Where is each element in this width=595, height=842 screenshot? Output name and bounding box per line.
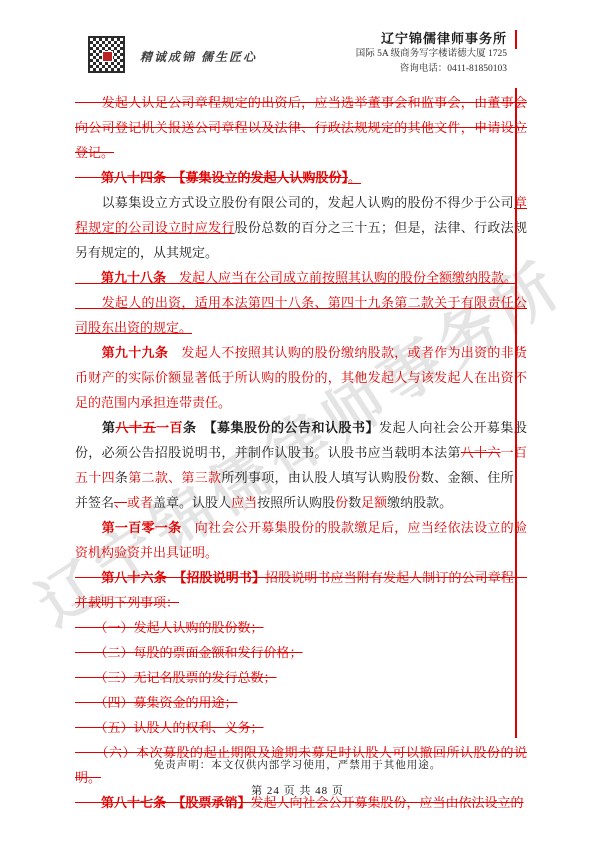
text-run: 发起人应当在公司成立前按照其认购的股份全额缴纳股款。 bbox=[179, 270, 517, 285]
text-run: 第九十九条 bbox=[102, 345, 182, 360]
text-run: 发起人认足公司章程规定的出资后，应当选举董事会和监事会，由董事会向公司登记机关报… bbox=[75, 95, 527, 160]
text-run: 所列事项，由认股人填写认购股 bbox=[221, 470, 407, 485]
document-body: 发起人认足公司章程规定的出资后，应当选举董事会和监事会，由董事会向公司登记机关报… bbox=[75, 90, 527, 815]
text-run: 或者 bbox=[127, 495, 153, 510]
track-changes-bar bbox=[515, 88, 517, 738]
text-run: 八十六 bbox=[461, 445, 501, 460]
text-run bbox=[197, 420, 211, 435]
paragraph: 第九十八条 发起人应当在公司成立前按照其认购的股份全额缴纳股款。 bbox=[75, 265, 527, 290]
paragraph: （四）募集资金的用途； bbox=[75, 690, 527, 715]
qr-center-logo bbox=[102, 51, 113, 62]
text-run: 份 bbox=[408, 470, 421, 485]
text-run: 按照所认购股 bbox=[257, 495, 335, 510]
text-run: 第八十七条 【股票承销】 bbox=[101, 795, 251, 810]
text-run: 【募集股份的公告和认股书】 bbox=[210, 420, 379, 435]
text-run: 条 bbox=[115, 470, 128, 485]
paragraph: （五）认股人的权利、义务； bbox=[75, 715, 527, 740]
paragraph: 第八十五一百条 【募集股份的公告和认股书】发起人向社会公开募集股份，必须公告招股… bbox=[75, 415, 527, 515]
text-run: （五）认股人的权利、义务； bbox=[75, 720, 264, 735]
paragraph: 发起人的出资，适用本法第四十八条、第四十九条第二款关于有限责任公司股东出资的规定… bbox=[75, 290, 527, 340]
paragraph: 第八十六条 【招股说明书】招股说明书应当附有发起人制订的公司章程，并载明下列事项… bbox=[75, 565, 527, 615]
paragraph: 以募集设立方式设立股份有限公司的，发起人认购的股份不得少于公司章程规定的公司设立… bbox=[75, 190, 527, 265]
document-page: 辽宁锦儒律师事务所 精诚成锦 儒生匠心 辽宁锦儒律师事务所 国际 5A 级商务写… bbox=[0, 0, 595, 842]
text-run: （四）募集资金的用途； bbox=[75, 695, 238, 710]
text-run: （一）发起人认购的股份数； bbox=[75, 620, 264, 635]
text-run: （二）每股的票面金额和发行价格； bbox=[75, 645, 303, 660]
firm-info-block: 辽宁锦儒律师事务所 国际 5A 级商务写字楼诺德大厦 1725 咨询电话：041… bbox=[356, 30, 507, 77]
text-run bbox=[75, 570, 101, 585]
text-run: 第二款、第三款 bbox=[128, 470, 221, 485]
text-run: 发起人的出资，适用本法第四十八条、第四十九条第二款关于有限责任公司股东出资的规定… bbox=[75, 295, 527, 335]
text-run bbox=[75, 345, 102, 360]
paragraph: （二）每股的票面金额和发行价格； bbox=[75, 640, 527, 665]
text-run: 第八十四条 【募集设立的发起人认购股份】 bbox=[101, 170, 348, 185]
paragraph: 第一百零一条 向社会公开募集股份的股款缴足后，应当经依法设立的验资机构验资并出具… bbox=[75, 515, 527, 565]
text-run bbox=[75, 520, 102, 535]
text-run: 、 bbox=[114, 495, 127, 510]
text-run: （三）无记名股票的发行总数； bbox=[75, 670, 277, 685]
firm-address: 国际 5A 级商务写字楼诺德大厦 1725 bbox=[356, 47, 507, 62]
qr-code bbox=[88, 36, 125, 73]
firm-slogan: 精诚成锦 儒生匠心 bbox=[140, 48, 257, 65]
text-run: 第一百零一条 bbox=[102, 520, 195, 535]
paragraph: 发起人认足公司章程规定的出资后，应当选举董事会和监事会，由董事会向公司登记机关报… bbox=[75, 90, 527, 165]
paragraph: （一）发起人认购的股份数； bbox=[75, 615, 527, 640]
text-run bbox=[75, 795, 101, 810]
text-run: 以募集设立方式设立股份有限公司的，发起人认购的股份不得少于公司 bbox=[75, 195, 514, 210]
paragraph: 第八十七条 【股票承销】发起人向社会公开募集股份，应当由依法设立的 bbox=[75, 790, 527, 815]
text-run: 第八十六条 【招股说明书】 bbox=[101, 570, 265, 585]
firm-name: 辽宁锦儒律师事务所 bbox=[356, 30, 507, 47]
paragraph: 第八十四条 【募集设立的发起人认购股份】。 bbox=[75, 165, 527, 190]
page-header: 精诚成锦 儒生匠心 辽宁锦儒律师事务所 国际 5A 级商务写字楼诺德大厦 172… bbox=[0, 0, 595, 90]
text-run: 。 bbox=[348, 170, 361, 185]
text-run bbox=[75, 170, 101, 185]
text-run: 份 bbox=[335, 495, 348, 510]
text-run: 八十五 bbox=[116, 420, 157, 435]
text-run bbox=[75, 270, 101, 285]
text-run: 条 bbox=[183, 420, 197, 435]
text-run: 第九十八条 bbox=[101, 270, 179, 285]
text-run: 一百 bbox=[156, 420, 183, 435]
text-run: 盖章。认股人 bbox=[153, 495, 231, 510]
text-run: 第 bbox=[102, 420, 116, 435]
text-run: 应当 bbox=[231, 495, 257, 510]
header-red-tick bbox=[515, 30, 517, 49]
paragraph: （六）本次募股的起止期限及逾期未募足时认股人可以撤回所认股份的说明。 bbox=[75, 740, 527, 790]
text-run: 数 bbox=[348, 495, 361, 510]
text-run: 足额 bbox=[361, 495, 387, 510]
text-run bbox=[75, 420, 102, 435]
paragraph: 第九十九条 发起人不按照其认购的股份缴纳股款，或者作为出资的非货币财产的实际价额… bbox=[75, 340, 527, 415]
firm-phone: 咨询电话：0411-81850103 bbox=[356, 62, 507, 77]
paragraph: （三）无记名股票的发行总数； bbox=[75, 665, 527, 690]
text-run: 缴纳股款。 bbox=[387, 495, 452, 510]
text-run: （六）本次募股的起止期限及逾期未募足时认股人可以撤回所认股份的说明。 bbox=[75, 745, 527, 785]
text-run: 发起人向社会公开募集股份，应当由依法设立的 bbox=[251, 795, 524, 810]
